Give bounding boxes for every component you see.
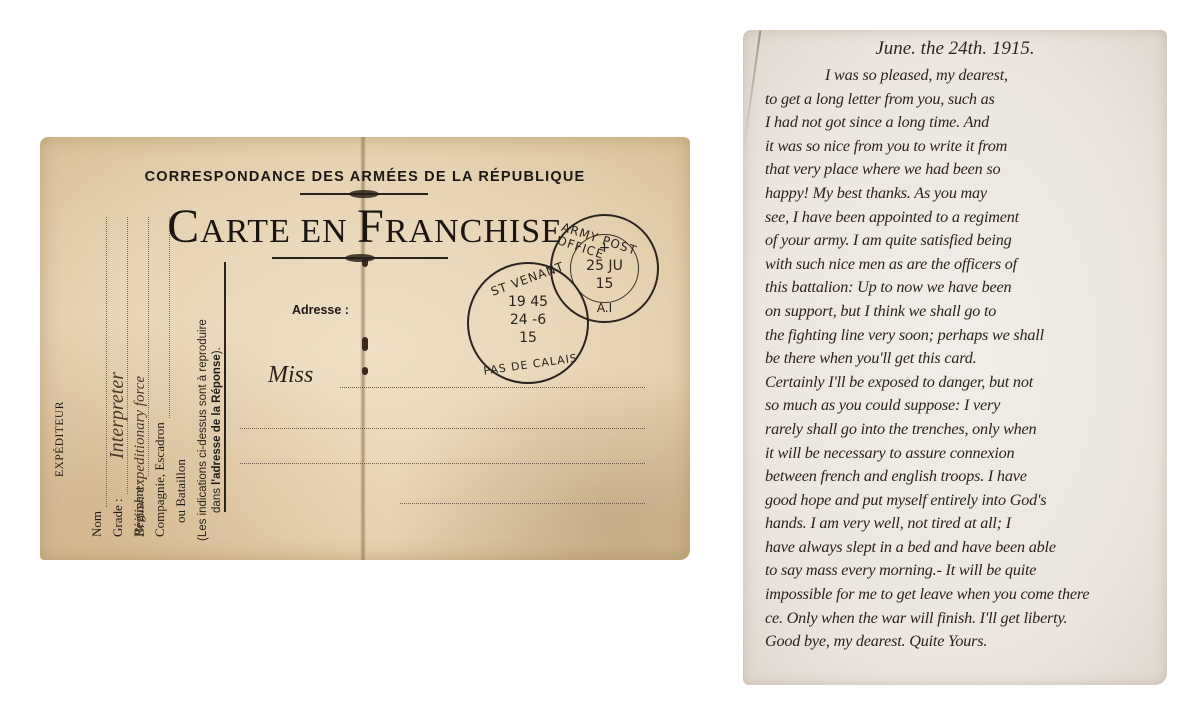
letter-line: that very place where we had been so xyxy=(765,158,1157,182)
ink-stain xyxy=(362,337,368,351)
letter-line: so much as you could suppose: I very xyxy=(765,394,1157,418)
letter-line: it will be necessary to assure connexion xyxy=(765,442,1157,466)
reply-instructions: (Les indications ci-dessus sont à reprod… xyxy=(196,319,224,541)
letter-line: to say mass every morning.- It will be q… xyxy=(765,559,1157,583)
letter-line: impossible for me to get leave when you … xyxy=(765,583,1157,607)
letter-line: ce. Only when the war will finish. I'll … xyxy=(765,607,1157,631)
expediteur-label: EXPÉDITEUR xyxy=(54,401,66,477)
letter-body: I was so pleased, my dearest, to get a l… xyxy=(765,64,1157,654)
letter-line: to get a long letter from you, such as xyxy=(765,88,1157,112)
letter-line: Good bye, my dearest. Quite Yours. xyxy=(765,630,1157,654)
ink-stain xyxy=(362,367,368,375)
ornament-divider xyxy=(300,193,428,195)
address-line xyxy=(240,463,645,464)
letter-line: I had not got since a long time. And xyxy=(765,111,1157,135)
handwritten-regiment: British expeditionary force xyxy=(132,376,149,537)
column-divider xyxy=(224,262,226,512)
field-bataillon: ou Bataillon xyxy=(170,217,191,537)
letter-line: happy! My best thanks. As you may xyxy=(765,182,1157,206)
letter-line: of your army. I am quite satisfied being xyxy=(765,229,1157,253)
letter-line: have always slept in a bed and have been… xyxy=(765,536,1157,560)
address-salutation: Miss xyxy=(268,362,313,389)
letter-line: rarely shall go into the trenches, only … xyxy=(765,418,1157,442)
address-label: Adresse : xyxy=(292,303,349,317)
letter-line: I was so pleased, my dearest, xyxy=(765,64,1157,88)
letter-line: Certainly I'll be exposed to danger, but… xyxy=(765,371,1157,395)
letter-line: hands. I am very well, not tired at all;… xyxy=(765,512,1157,536)
card-header: CORRESPONDANCE DES ARMÉES DE LA RÉPUBLIQ… xyxy=(40,169,690,185)
letter-line: with such nice men as are the officers o… xyxy=(765,253,1157,277)
postcard-back-letter: June. the 24th. 1915. I was so pleased, … xyxy=(743,30,1167,685)
letter-line: good hope and put myself entirely into G… xyxy=(765,489,1157,513)
letter-line: the fighting line very soon; perhaps we … xyxy=(765,324,1157,348)
address-line xyxy=(240,428,645,429)
letter-line: be there when you'll get this card. xyxy=(765,347,1157,371)
letter-line: on support, but I think we shall go to xyxy=(765,300,1157,324)
ornament-divider xyxy=(272,257,448,259)
letter-line: this battalion: Up to now we have been xyxy=(765,276,1157,300)
letter-line: it was so nice from you to write it from xyxy=(765,135,1157,159)
address-line xyxy=(340,387,645,388)
letter-date: June. the 24th. 1915. xyxy=(743,38,1167,60)
field-nom: Nom xyxy=(86,217,107,537)
st-venant-postmark: ST VENANT 19 45 24 -6 15 PAS DE CALAIS xyxy=(467,262,589,384)
postcard-front: CORRESPONDANCE DES ARMÉES DE LA RÉPUBLIQ… xyxy=(40,137,690,560)
field-compagnie: Compagnie, Escadron xyxy=(149,217,170,537)
letter-line: between french and english troops. I hav… xyxy=(765,465,1157,489)
handwritten-grade: Interpreter xyxy=(106,372,129,459)
letter-line: see, I have been appointed to a regiment xyxy=(765,206,1157,230)
address-line xyxy=(400,503,645,504)
